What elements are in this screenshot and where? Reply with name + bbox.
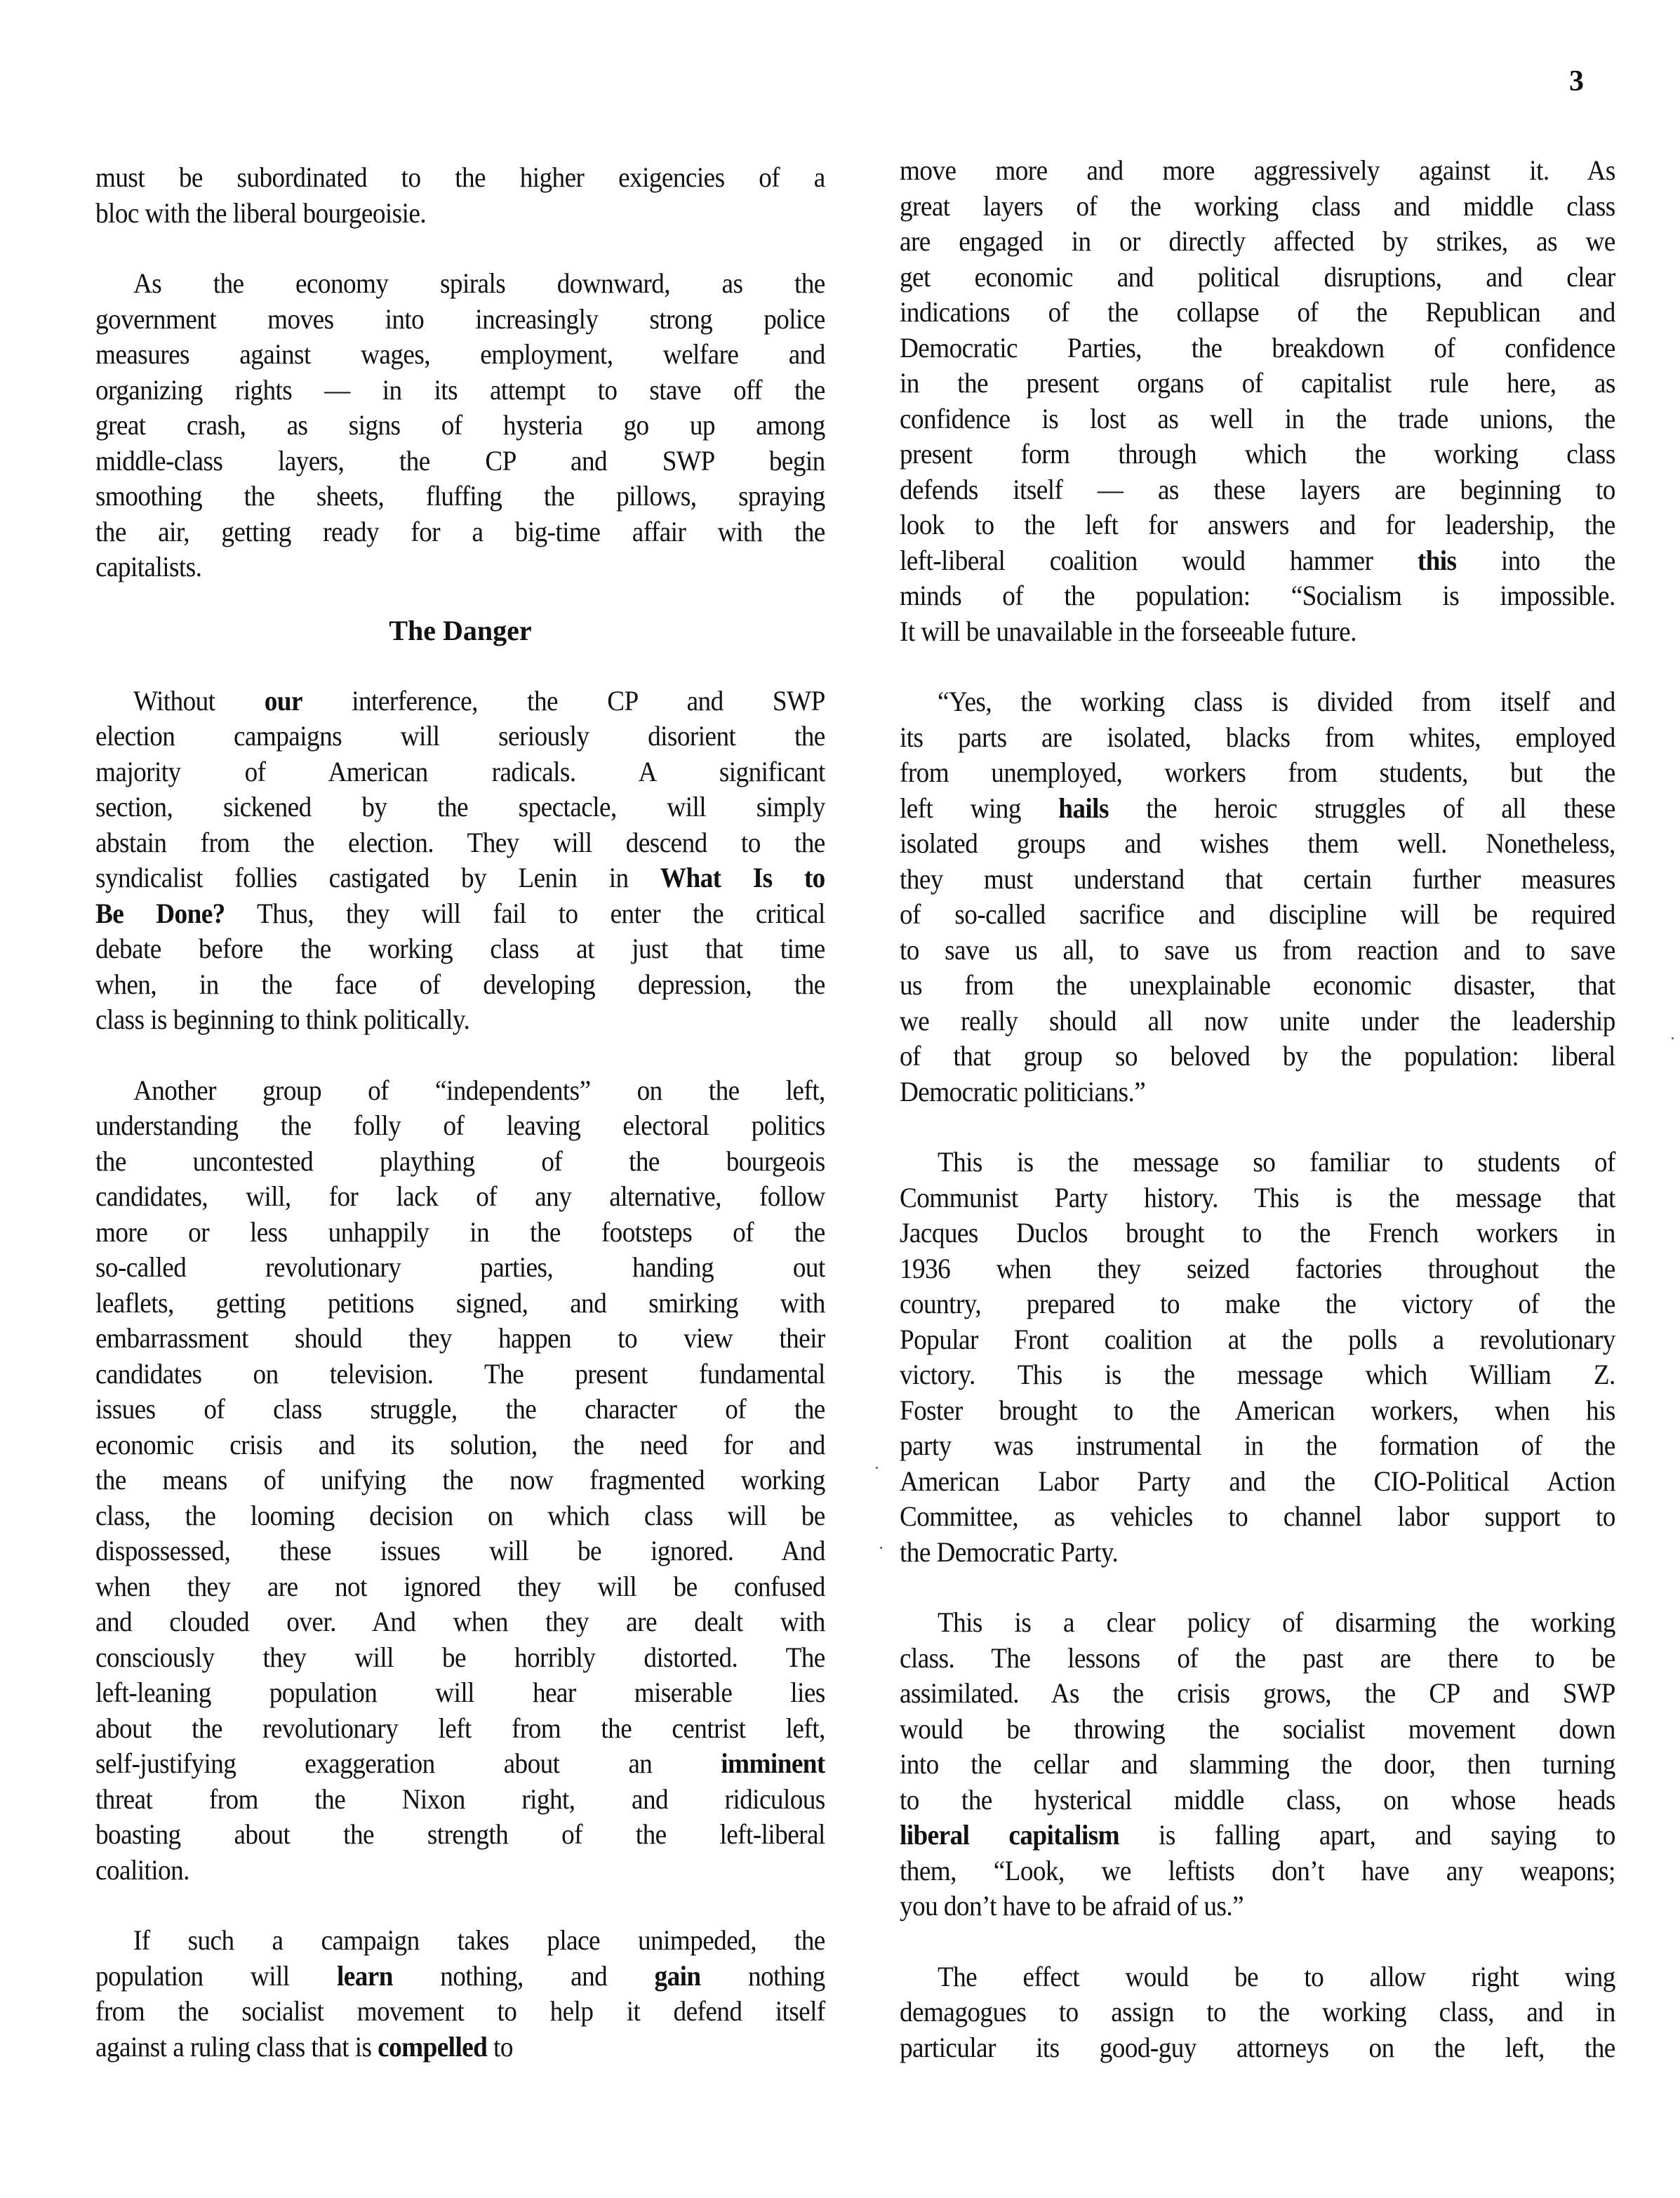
text-line: about the revolutionary left from the ce… xyxy=(95,1711,825,1747)
text-line: As the economy spirals downward, as the xyxy=(95,266,825,302)
text-line: from the socialist movement to help it d… xyxy=(95,1994,825,2030)
text-line: class is beginning to think politically. xyxy=(95,1002,825,1038)
text-line: move more and more aggressively against … xyxy=(900,153,1615,189)
paragraph-p7: “Yes, the working class is divided from … xyxy=(900,684,1615,1110)
text-line: left-leaning population will hear misera… xyxy=(95,1675,825,1711)
text-line: Democratic Parties, the breakdown of con… xyxy=(900,331,1615,366)
paragraph-p6: move more and more aggressively against … xyxy=(900,153,1615,649)
text-line: get economic and political disruptions, … xyxy=(900,260,1615,295)
text-line: left-liberal coalition would hammer this… xyxy=(900,543,1615,579)
text-line: confidence is lost as well in the trade … xyxy=(900,401,1615,437)
text-line: consciously they will be horribly distor… xyxy=(95,1640,825,1676)
text-line: bloc with the liberal bourgeoisie. xyxy=(95,196,825,232)
text-line: Foster brought to the American workers, … xyxy=(900,1393,1615,1429)
paragraph-p9: This is a clear policy of disarming the … xyxy=(900,1605,1615,1924)
paragraph-p8: This is the message so familiar to stude… xyxy=(900,1145,1615,1570)
emphasis: imminent xyxy=(721,1747,825,1779)
text-line: section, sickened by the spectacle, will… xyxy=(95,790,825,825)
text-line: indications of the collapse of the Repub… xyxy=(900,295,1615,331)
text-line: Committee, as vehicles to channel labor … xyxy=(900,1499,1615,1535)
text-line: capitalists. xyxy=(95,549,825,585)
text-line: defends itself — as these layers are beg… xyxy=(900,472,1615,508)
text-line: look to the left for answers and for lea… xyxy=(900,507,1615,543)
paragraph-p5: If such a campaign takes place unimpeded… xyxy=(95,1923,825,2065)
paragraph-p2: As the economy spirals downward, as theg… xyxy=(95,266,825,585)
text-line: Democratic politicians.” xyxy=(900,1074,1615,1110)
text-line: country, prepared to make the victory of… xyxy=(900,1286,1615,1322)
text-line: class, the looming decision on which cla… xyxy=(95,1498,825,1534)
emphasis: gain xyxy=(655,1960,701,1992)
text-line: so-called revolutionary parties, handing… xyxy=(95,1250,825,1286)
text-line: left wing hails the heroic struggles of … xyxy=(900,791,1615,827)
text-line: you don’t have to be afraid of us.” xyxy=(900,1889,1615,1924)
text-line: Another group of “independents” on the l… xyxy=(95,1073,825,1109)
text-line: American Labor Party and the CIO-Politic… xyxy=(900,1464,1615,1500)
text-line: 1936 when they seized factories througho… xyxy=(900,1251,1615,1287)
text-line: organizing rights — in its attempt to st… xyxy=(95,373,825,408)
text-line: If such a campaign takes place unimpeded… xyxy=(95,1923,825,1959)
text-line: This is the message so familiar to stude… xyxy=(900,1145,1615,1180)
text-line: demagogues to assign to the working clas… xyxy=(900,1994,1615,2030)
text-line: more or less unhappily in the footsteps … xyxy=(95,1215,825,1251)
text-line: self-justifying exaggeration about an im… xyxy=(95,1746,825,1782)
paragraph-p4: Another group of “independents” on the l… xyxy=(95,1073,825,1889)
text-line: The effect would be to allow right wing xyxy=(900,1959,1615,1995)
text-line: dispossessed, these issues will be ignor… xyxy=(95,1533,825,1569)
text-line: would be throwing the socialist movement… xyxy=(900,1712,1615,1747)
text-line: are engaged in or directly affected by s… xyxy=(900,224,1615,260)
emphasis: our xyxy=(265,685,302,717)
text-line: election campaigns will seriously disori… xyxy=(95,719,825,754)
text-line: embarrassment should they happen to view… xyxy=(95,1321,825,1357)
text-line: candidates, will, for lack of any altern… xyxy=(95,1179,825,1215)
text-line: victory. This is the message which Willi… xyxy=(900,1357,1615,1393)
paragraph-p10: The effect would be to allow right wingd… xyxy=(900,1959,1615,2066)
text-line: candidates on television. The present fu… xyxy=(95,1357,825,1392)
scan-speck xyxy=(1672,1037,1674,1039)
text-line: population will learn nothing, and gain … xyxy=(95,1959,825,1994)
text-line: the means of unifying the now fragmented… xyxy=(95,1463,825,1498)
text-line: syndicalist follies castigated by Lenin … xyxy=(95,860,825,896)
text-line: abstain from the election. They will des… xyxy=(95,825,825,861)
text-line: the air, getting ready for a big-time af… xyxy=(95,514,825,550)
text-line: liberal capitalism is falling apart, and… xyxy=(900,1818,1615,1853)
text-line: isolated groups and wishes them well. No… xyxy=(900,826,1615,862)
text-line: government moves into increasingly stron… xyxy=(95,302,825,338)
text-line: to the hysterical middle class, on whose… xyxy=(900,1783,1615,1818)
text-line: assimilated. As the crisis grows, the CP… xyxy=(900,1676,1615,1712)
text-line: party was instrumental in the formation … xyxy=(900,1428,1615,1464)
text-line: and clouded over. And when they are deal… xyxy=(95,1604,825,1640)
emphasis: learn xyxy=(337,1960,393,1992)
text-line: great layers of the working class and mi… xyxy=(900,189,1615,225)
text-line: Without our interference, the CP and SWP xyxy=(95,684,825,719)
text-line: smoothing the sheets, fluffing the pillo… xyxy=(95,479,825,514)
emphasis: this xyxy=(1418,545,1457,576)
text-line: when they are not ignored they will be c… xyxy=(95,1569,825,1605)
text-line: majority of American radicals. A signifi… xyxy=(95,754,825,790)
text-line: “Yes, the working class is divided from … xyxy=(900,684,1615,720)
text-line: into the cellar and slamming the door, t… xyxy=(900,1747,1615,1783)
emphasis: What Is to xyxy=(660,862,825,893)
text-line: in the present organs of capitalist rule… xyxy=(900,366,1615,401)
text-line: It will be unavailable in the forseeable… xyxy=(900,614,1615,650)
scan-speck xyxy=(880,1547,882,1549)
text-line: present form through which the working c… xyxy=(900,437,1615,472)
text-line: class. The lessons of the past are there… xyxy=(900,1641,1615,1677)
page-number: 3 xyxy=(1569,65,1584,98)
emphasis: compelled xyxy=(378,2031,487,2063)
text-line: leaflets, getting petitions signed, and … xyxy=(95,1286,825,1321)
text-line: from unemployed, workers from students, … xyxy=(900,755,1615,791)
text-line: of that group so beloved by the populati… xyxy=(900,1039,1615,1074)
text-line: debate before the working class at just … xyxy=(95,931,825,967)
text-line: boasting about the strength of the left-… xyxy=(95,1817,825,1853)
text-line: them, “Look, we leftists don’t have any … xyxy=(900,1853,1615,1889)
text-line: coalition. xyxy=(95,1853,825,1889)
text-line: when, in the face of developing depressi… xyxy=(95,967,825,1003)
left-column: must be subordinated to the higher exige… xyxy=(95,160,825,2100)
text-line: the uncontested plaything of the bourgeo… xyxy=(95,1144,825,1180)
paragraph-p3: Without our interference, the CP and SWP… xyxy=(95,684,825,1038)
emphasis: Be Done? xyxy=(95,898,225,929)
text-line: middle-class layers, the CP and SWP begi… xyxy=(95,444,825,479)
text-line: measures against wages, employment, welf… xyxy=(95,337,825,373)
text-line: to save us all, to save us from reaction… xyxy=(900,933,1615,968)
text-line: minds of the population: “Socialism is i… xyxy=(900,578,1615,614)
scan-speck xyxy=(876,1467,878,1469)
emphasis: hails xyxy=(1058,792,1109,824)
section-heading: The Danger xyxy=(95,613,825,648)
text-line: threat from the Nixon right, and ridicul… xyxy=(95,1782,825,1818)
text-line: us from the unexplainable economic disas… xyxy=(900,968,1615,1004)
text-line: great crash, as signs of hysteria go up … xyxy=(95,408,825,444)
text-line: Communist Party history. This is the mes… xyxy=(900,1180,1615,1216)
paragraph-p1: must be subordinated to the higher exige… xyxy=(95,160,825,231)
text-line: its parts are isolated, blacks from whit… xyxy=(900,720,1615,756)
text-line: Jacques Duclos brought to the French wor… xyxy=(900,1215,1615,1251)
text-line: the Democratic Party. xyxy=(900,1535,1615,1571)
text-line: we really should all now unite under the… xyxy=(900,1004,1615,1039)
text-line: must be subordinated to the higher exige… xyxy=(95,160,825,196)
text-line: of so-called sacrifice and discipline wi… xyxy=(900,897,1615,933)
text-line: Be Done? Thus, they will fail to enter t… xyxy=(95,896,825,932)
text-line: understanding the folly of leaving elect… xyxy=(95,1108,825,1144)
right-column: move more and more aggressively against … xyxy=(900,153,1615,2100)
text-line: economic crisis and its solution, the ne… xyxy=(95,1427,825,1463)
text-line: This is a clear policy of disarming the … xyxy=(900,1605,1615,1641)
text-line: they must understand that certain furthe… xyxy=(900,862,1615,898)
text-line: against a ruling class that is compelled… xyxy=(95,2030,825,2065)
text-line: Popular Front coalition at the polls a r… xyxy=(900,1322,1615,1358)
emphasis: liberal capitalism xyxy=(900,1819,1119,1851)
text-line: issues of class struggle, the character … xyxy=(95,1392,825,1427)
text-line: particular its good-guy attorneys on the… xyxy=(900,2030,1615,2066)
